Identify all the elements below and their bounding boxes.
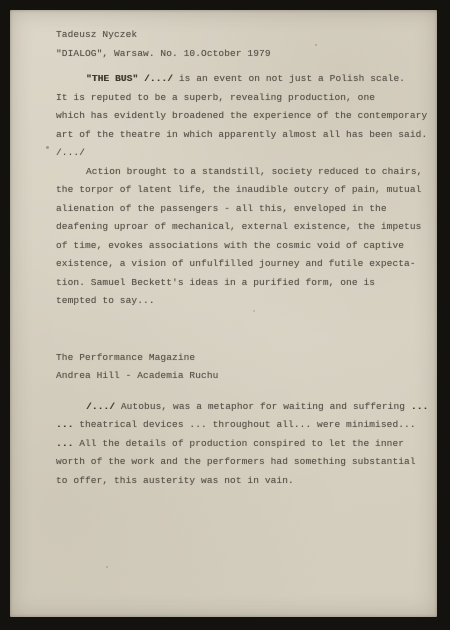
- text-line: The Performance Magazine: [56, 349, 434, 368]
- text-segment: "DIALOG", Warsaw. No. 10.October 1979: [56, 48, 271, 59]
- text-segment: existence, a vision of unfulfilled journ…: [56, 258, 416, 269]
- text-line: Action brought to a standstill, society …: [56, 163, 434, 182]
- paper-stain: [106, 566, 108, 568]
- text-segment: which has evidently broadened the experi…: [56, 110, 427, 121]
- typewritten-page-content: Tadeusz Nyczek"DIALOG", Warsaw. No. 10.O…: [56, 26, 434, 490]
- quote-performance: /.../ Autobus, was a metaphor for waitin…: [56, 398, 434, 491]
- text-segment: ...: [56, 419, 73, 430]
- text-line: "DIALOG", Warsaw. No. 10.October 1979: [56, 45, 434, 64]
- text-segment: Autobus, was a metaphor for waiting and …: [115, 401, 411, 412]
- text-segment: tion. Samuel Beckett's ideas in a purifi…: [56, 277, 375, 288]
- text-line: alienation of the passengers - all this,…: [56, 200, 434, 219]
- text-line: Tadeusz Nyczek: [56, 26, 434, 45]
- text-line: /.../ Autobus, was a metaphor for waitin…: [56, 398, 434, 417]
- text-segment: alienation of the passengers - all this,…: [56, 203, 387, 214]
- text-segment: tempted to say...: [56, 295, 155, 306]
- paper-stain: [46, 146, 49, 149]
- text-segment: All the details of production conspired …: [73, 438, 404, 449]
- text-segment: the torpor of latent life, the inaudible…: [56, 184, 421, 195]
- photo-frame: Tadeusz Nyczek"DIALOG", Warsaw. No. 10.O…: [0, 0, 450, 630]
- quote-dialog: "THE BUS" /.../ is an event on not just …: [56, 70, 434, 311]
- byline-dialog: Tadeusz Nyczek"DIALOG", Warsaw. No. 10.O…: [56, 26, 434, 63]
- text-line: tempted to say...: [56, 292, 434, 311]
- text-line: Andrea Hill - Academia Ruchu: [56, 367, 434, 386]
- text-segment: deafening uproar of mechanical, external…: [56, 221, 421, 232]
- text-line: to offer, this austerity was not in vain…: [56, 472, 434, 491]
- text-line: "THE BUS" /.../ is an event on not just …: [56, 70, 434, 89]
- text-segment: art of the theatre in which apparently a…: [56, 129, 427, 140]
- text-segment: "THE BUS" /.../: [86, 73, 179, 84]
- text-line: the torpor of latent life, the inaudible…: [56, 181, 434, 200]
- text-segment: The Performance Magazine: [56, 352, 195, 363]
- text-line: ... theatrical devices ... throughout al…: [56, 416, 434, 435]
- text-segment: Action brought to a standstill, society …: [86, 166, 422, 177]
- text-segment: /.../: [56, 147, 85, 158]
- text-segment: theatrical devices ... throughout all...…: [73, 419, 415, 430]
- text-segment: /.../: [86, 401, 115, 412]
- text-segment: of time, evokes associations with the co…: [56, 240, 404, 251]
- text-segment: It is reputed to be a superb, revealing …: [56, 92, 375, 103]
- typewritten-page: Tadeusz Nyczek"DIALOG", Warsaw. No. 10.O…: [10, 10, 437, 617]
- text-line: which has evidently broadened the experi…: [56, 107, 434, 126]
- text-segment: is an event on not just a Polish scale.: [179, 73, 405, 84]
- text-segment: ...: [56, 438, 73, 449]
- text-segment: ...: [411, 401, 428, 412]
- text-segment: Andrea Hill - Academia Ruchu: [56, 370, 218, 381]
- text-segment: worth of the work and the performers had…: [56, 456, 416, 467]
- text-line: deafening uproar of mechanical, external…: [56, 218, 434, 237]
- byline-performance: The Performance MagazineAndrea Hill - Ac…: [56, 349, 434, 386]
- text-line: worth of the work and the performers had…: [56, 453, 434, 472]
- text-line: tion. Samuel Beckett's ideas in a purifi…: [56, 274, 434, 293]
- text-line: /.../: [56, 144, 434, 163]
- text-line: It is reputed to be a superb, revealing …: [56, 89, 434, 108]
- text-line: existence, a vision of unfulfilled journ…: [56, 255, 434, 274]
- text-segment: to offer, this austerity was not in vain…: [56, 475, 294, 486]
- text-segment: Tadeusz Nyczek: [56, 29, 137, 40]
- text-line: of time, evokes associations with the co…: [56, 237, 434, 256]
- text-line: ... All the details of production conspi…: [56, 435, 434, 454]
- text-line: art of the theatre in which apparently a…: [56, 126, 434, 145]
